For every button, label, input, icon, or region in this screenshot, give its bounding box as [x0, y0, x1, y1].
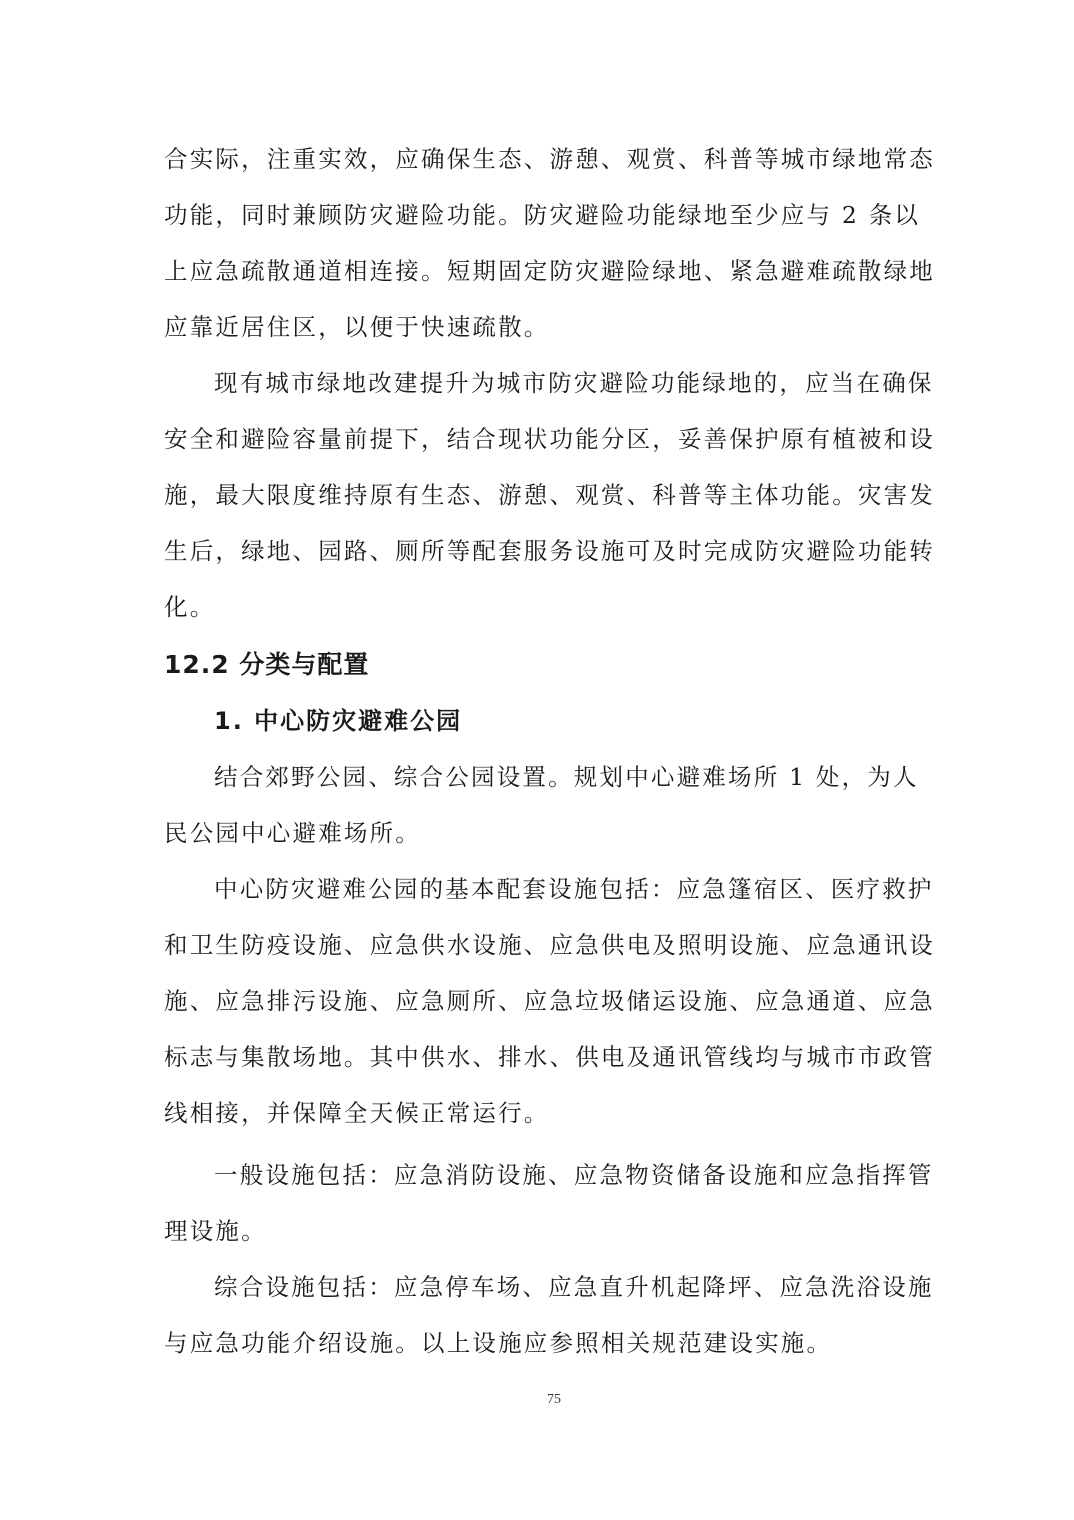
paragraph-1-line-4: 应靠近居住区，以便于快速疏散。 — [164, 312, 912, 342]
paragraph-4-line-5: 线相接，并保障全天候正常运行。 — [164, 1098, 912, 1128]
paragraph-6-line-2: 与应急功能介绍设施。以上设施应参照相关规范建设实施。 — [164, 1328, 912, 1358]
paragraph-5-line-1: 一般设施包括：应急消防设施、应急物资储备设施和应急指挥管 — [214, 1160, 912, 1190]
paragraph-4-line-2: 和卫生防疫设施、应急供水设施、应急供电及照明设施、应急通讯设 — [164, 930, 912, 960]
paragraph-2-line-3: 施，最大限度维持原有生态、游憩、观赏、科普等主体功能。灾害发 — [164, 480, 912, 510]
page-number: 75 — [0, 1392, 1074, 1408]
paragraph-2-line-4: 生后，绿地、园路、厕所等配套服务设施可及时完成防灾避险功能转 — [164, 536, 912, 566]
paragraph-4-line-3: 施、应急排污设施、应急厕所、应急垃圾储运设施、应急通道、应急 — [164, 986, 912, 1016]
paragraph-4-line-4: 标志与集散场地。其中供水、排水、供电及通讯管线均与城市市政管 — [164, 1042, 912, 1072]
paragraph-4-line-1: 中心防灾避难公园的基本配套设施包括：应急篷宿区、医疗救护 — [214, 874, 912, 904]
paragraph-5-line-2: 理设施。 — [164, 1216, 912, 1246]
section-heading: 12.2 分类与配置 — [164, 649, 369, 681]
paragraph-1-line-1: 合实际，注重实效，应确保生态、游憩、观赏、科普等城市绿地常态 — [164, 144, 912, 174]
paragraph-1-line-2: 功能，同时兼顾防灾避险功能。防灾避险功能绿地至少应与 2 条以 — [164, 200, 912, 230]
paragraph-3-line-1: 结合郊野公园、综合公园设置。规划中心避难场所 1 处，为人 — [214, 762, 912, 792]
paragraph-6-line-1: 综合设施包括：应急停车场、应急直升机起降坪、应急洗浴设施 — [214, 1272, 912, 1302]
paragraph-3-line-2: 民公园中心避难场所。 — [164, 818, 912, 848]
paragraph-2-line-2: 安全和避险容量前提下，结合现状功能分区，妥善保护原有植被和设 — [164, 424, 912, 454]
paragraph-2-line-1: 现有城市绿地改建提升为城市防灾避险功能绿地的，应当在确保 — [214, 368, 912, 398]
subsection-heading: 1. 中心防灾避难公园 — [214, 706, 462, 736]
paragraph-1-line-3: 上应急疏散通道相连接。短期固定防灾避险绿地、紧急避难疏散绿地 — [164, 256, 912, 286]
paragraph-2-line-5: 化。 — [164, 592, 912, 622]
document-page: 合实际，注重实效，应确保生态、游憩、观赏、科普等城市绿地常态 功能，同时兼顾防灾… — [0, 0, 1074, 1520]
